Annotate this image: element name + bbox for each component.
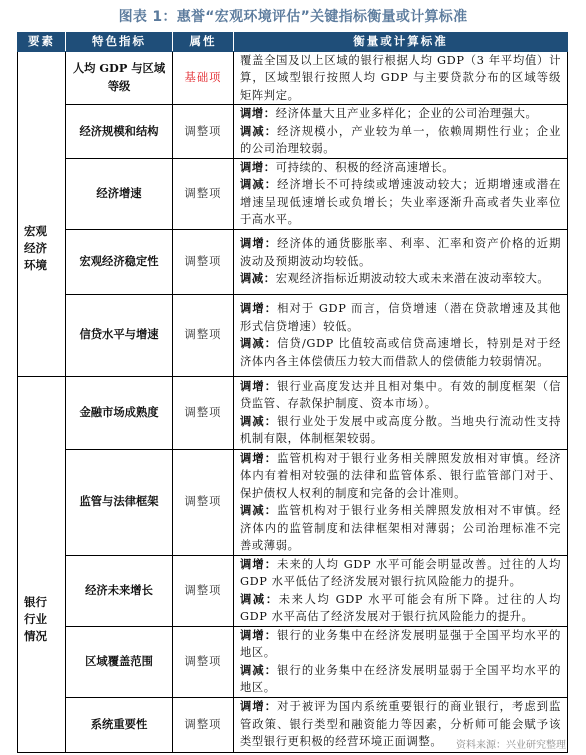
increase-label: 调增： [240,628,277,642]
feature-cell: 区域覆盖范围 [66,626,173,697]
feature-cell: 监管与法律框架 [66,449,173,555]
table-row: 经济规模和结构 调整项 调增：经济体量大且产业多样化；企业的公司治理强大。 调减… [18,105,568,159]
table-row: 监管与法律框架 调整项 调增：监管机构对于银行业务相关牌照发放相对审慎。经济体内… [18,449,568,555]
attribute-cell: 调整项 [173,105,234,159]
table-row: 宏观经济稳定性 调整项 调增：经济体的通货膨胀率、利率、汇率和资产价格的近期波动… [18,229,568,294]
feature-cell: 宏观经济稳定性 [66,229,173,294]
attribute-cell-base: 基础项 [173,51,234,105]
table-header-row: 要素 特色指标 属性 衡量或计算标准 [18,33,568,52]
feature-cell: 金融市场成熟度 [66,376,173,449]
criteria-table: 要素 特色指标 属性 衡量或计算标准 宏观经济环境 人均 GDP 与区域等级 基… [17,32,568,753]
table-row: 宏观经济环境 人均 GDP 与区域等级 基础项 覆盖全国及以上区域的银行根据人均… [18,51,568,105]
attribute-cell: 调整项 [173,158,234,229]
feature-cell: 经济增速 [66,158,173,229]
source-note: 资料来源：兴业研究整理 [456,736,566,751]
attribute-cell: 调整项 [173,697,234,752]
decrease-label: 调减： [240,592,279,606]
table-row: 银行行业情况 金融市场成熟度 调整项 调增：银行业高度发达并且相对集中。有效的制… [18,376,568,449]
criteria-cell: 调增：可持续的、积极的经济高速增长。 调减：经济增长不可持续或增速波动较大；近期… [234,158,568,229]
increase-label: 调增： [240,379,277,393]
increase-label: 调增： [240,557,277,571]
increase-label: 调增： [240,160,276,174]
table-row: 经济未来增长 调整项 调增：未来的人均 GDP 水平可能会明显改善。过往的人均 … [18,555,568,626]
criteria-cell: 调增：相对于 GDP 而言，信贷增速（潜在贷款增速及其他形式信贷增速）较低。 调… [234,294,568,376]
increase-label: 调增： [240,699,277,713]
table-row: 信贷水平与增速 调整项 调增：相对于 GDP 而言，信贷增速（潜在贷款增速及其他… [18,294,568,376]
criteria-cell: 调增：经济体的通货膨胀率、利率、汇率和资产价格的近期波动及预期波动均较低。 调减… [234,229,568,294]
header-factor: 要素 [18,33,66,52]
factor-cell-banking: 银行行业情况 [18,376,66,752]
feature-cell: 人均 GDP 与区域等级 [66,51,173,105]
attribute-cell: 调整项 [173,376,234,449]
increase-label: 调增： [240,106,276,120]
decrease-label: 调减： [240,414,277,428]
criteria-cell: 覆盖全国及以上区域的银行根据人均 GDP（3 年平均值）计算，区域型银行按照人均… [234,51,568,105]
header-attribute: 属性 [173,33,234,52]
attribute-cell: 调整项 [173,449,234,555]
criteria-cell: 调增：银行业高度发达并且相对集中。有效的制度框架（信贷监管、存款保护制度、资本市… [234,376,568,449]
increase-label: 调增： [240,236,277,250]
decrease-label: 调减： [240,177,277,191]
criteria-cell: 调增：经济体量大且产业多样化；企业的公司治理强大。 调减：经济规模小，产业较为单… [234,105,568,159]
decrease-label: 调减： [240,336,277,350]
feature-cell: 信贷水平与增速 [66,294,173,376]
increase-label: 调增： [240,301,277,315]
decrease-label: 调减： [240,663,277,677]
criteria-cell: 调增：监管机构对于银行业务相关牌照发放相对审慎。经济体内有着相对较强的法律和监管… [234,449,568,555]
header-criteria: 衡量或计算标准 [234,33,568,52]
criteria-cell: 调增：银行的业务集中在经济发展明显强于全国平均水平的地区。 调减：银行的业务集中… [234,626,568,697]
header-feature: 特色指标 [66,33,173,52]
decrease-label: 调减： [240,503,277,517]
feature-cell: 经济规模和结构 [66,105,173,159]
decrease-label: 调减： [240,124,277,138]
attribute-cell: 调整项 [173,626,234,697]
figure-title: 图表 1：惠誉“宏观环境评估”关键指标衡量或计算标准 [0,6,586,26]
criteria-cell: 调增：未来的人均 GDP 水平可能会明显改善。过往的人均 GDP 水平低估了经济… [234,555,568,626]
increase-label: 调增： [240,451,277,465]
decrease-label: 调减： [240,271,276,285]
factor-cell-macro: 宏观经济环境 [18,51,66,376]
feature-cell: 经济未来增长 [66,555,173,626]
feature-cell: 系统重要性 [66,697,173,752]
attribute-cell: 调整项 [173,294,234,376]
attribute-cell: 调整项 [173,229,234,294]
attribute-cell: 调整项 [173,555,234,626]
table-row: 区域覆盖范围 调整项 调增：银行的业务集中在经济发展明显强于全国平均水平的地区。… [18,626,568,697]
table-row: 经济增速 调整项 调增：可持续的、积极的经济高速增长。 调减：经济增长不可持续或… [18,158,568,229]
